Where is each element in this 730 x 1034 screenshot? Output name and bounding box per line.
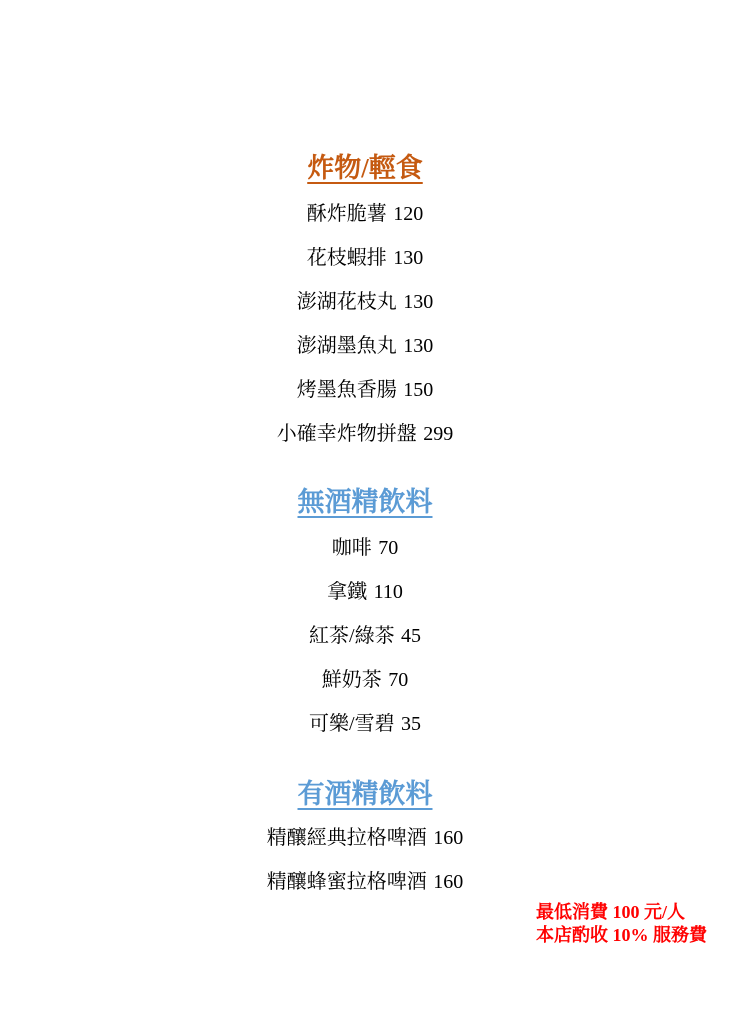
item-price: 130 bbox=[393, 247, 423, 269]
menu-section-non-alcoholic-drinks: 無酒精飲料 咖啡70 拿鐵110 紅茶/綠茶45 鮮奶茶70 可樂/雪碧35 bbox=[0, 484, 730, 746]
item-price: 110 bbox=[374, 581, 403, 603]
section-title-non-alcoholic-drinks: 無酒精飲料 bbox=[0, 484, 730, 520]
item-price: 35 bbox=[401, 713, 421, 735]
section-title-alcoholic-drinks: 有酒精飲料 bbox=[0, 776, 730, 812]
menu-item: 酥炸脆薯120 bbox=[0, 192, 730, 236]
item-list-alcoholic-drinks: 精釀經典拉格啤酒160 精釀蜂蜜拉格啤酒160 bbox=[0, 816, 730, 904]
menu-item: 精釀蜂蜜拉格啤酒160 bbox=[0, 860, 730, 904]
item-name: 花枝蝦排 bbox=[307, 247, 387, 269]
footnote-line-service-fee: 本店酌收 10% 服務費 bbox=[536, 924, 707, 947]
footnote-line-minimum-charge: 最低消費 100 元/人 bbox=[536, 901, 707, 924]
menu-item: 可樂/雪碧35 bbox=[0, 702, 730, 746]
menu-item: 鮮奶茶70 bbox=[0, 658, 730, 702]
item-price: 120 bbox=[393, 203, 423, 225]
item-name: 酥炸脆薯 bbox=[307, 203, 387, 225]
item-name: 烤墨魚香腸 bbox=[297, 379, 397, 401]
item-name: 拿鐵 bbox=[327, 581, 367, 603]
menu-content: 炸物/輕食 酥炸脆薯120 花枝蝦排130 澎湖花枝丸130 澎湖墨魚丸130 … bbox=[0, 0, 730, 904]
item-name: 紅茶/綠茶 bbox=[309, 625, 395, 647]
footnote-minimum-charge: 最低消費 100 元/人 本店酌收 10% 服務費 bbox=[536, 901, 707, 947]
item-name: 澎湖墨魚丸 bbox=[297, 335, 397, 357]
item-name: 精釀經典拉格啤酒 bbox=[267, 827, 427, 849]
section-title-fried-snacks: 炸物/輕食 bbox=[0, 150, 730, 186]
menu-item: 拿鐵110 bbox=[0, 570, 730, 614]
item-list-non-alcoholic-drinks: 咖啡70 拿鐵110 紅茶/綠茶45 鮮奶茶70 可樂/雪碧35 bbox=[0, 526, 730, 746]
item-price: 160 bbox=[433, 871, 463, 893]
item-price: 160 bbox=[433, 827, 463, 849]
item-name: 可樂/雪碧 bbox=[309, 713, 395, 735]
item-price: 150 bbox=[403, 379, 433, 401]
menu-item: 小確幸炸物拼盤299 bbox=[0, 412, 730, 456]
item-name: 咖啡 bbox=[332, 537, 372, 559]
item-list-fried-snacks: 酥炸脆薯120 花枝蝦排130 澎湖花枝丸130 澎湖墨魚丸130 烤墨魚香腸1… bbox=[0, 192, 730, 456]
menu-section-alcoholic-drinks: 有酒精飲料 精釀經典拉格啤酒160 精釀蜂蜜拉格啤酒160 bbox=[0, 776, 730, 904]
menu-item: 澎湖花枝丸130 bbox=[0, 280, 730, 324]
menu-section-fried-snacks: 炸物/輕食 酥炸脆薯120 花枝蝦排130 澎湖花枝丸130 澎湖墨魚丸130 … bbox=[0, 150, 730, 456]
item-price: 70 bbox=[388, 669, 408, 691]
menu-item: 澎湖墨魚丸130 bbox=[0, 324, 730, 368]
item-name: 鮮奶茶 bbox=[322, 669, 382, 691]
item-name: 澎湖花枝丸 bbox=[297, 291, 397, 313]
item-price: 299 bbox=[423, 423, 453, 445]
menu-item: 烤墨魚香腸150 bbox=[0, 368, 730, 412]
menu-page: 炸物/輕食 酥炸脆薯120 花枝蝦排130 澎湖花枝丸130 澎湖墨魚丸130 … bbox=[0, 0, 730, 1034]
menu-item: 咖啡70 bbox=[0, 526, 730, 570]
item-price: 70 bbox=[378, 537, 398, 559]
menu-item: 花枝蝦排130 bbox=[0, 236, 730, 280]
menu-item: 紅茶/綠茶45 bbox=[0, 614, 730, 658]
item-price: 130 bbox=[403, 335, 433, 357]
item-name: 小確幸炸物拼盤 bbox=[277, 423, 417, 445]
item-price: 45 bbox=[401, 625, 421, 647]
item-price: 130 bbox=[403, 291, 433, 313]
menu-item: 精釀經典拉格啤酒160 bbox=[0, 816, 730, 860]
item-name: 精釀蜂蜜拉格啤酒 bbox=[267, 871, 427, 893]
